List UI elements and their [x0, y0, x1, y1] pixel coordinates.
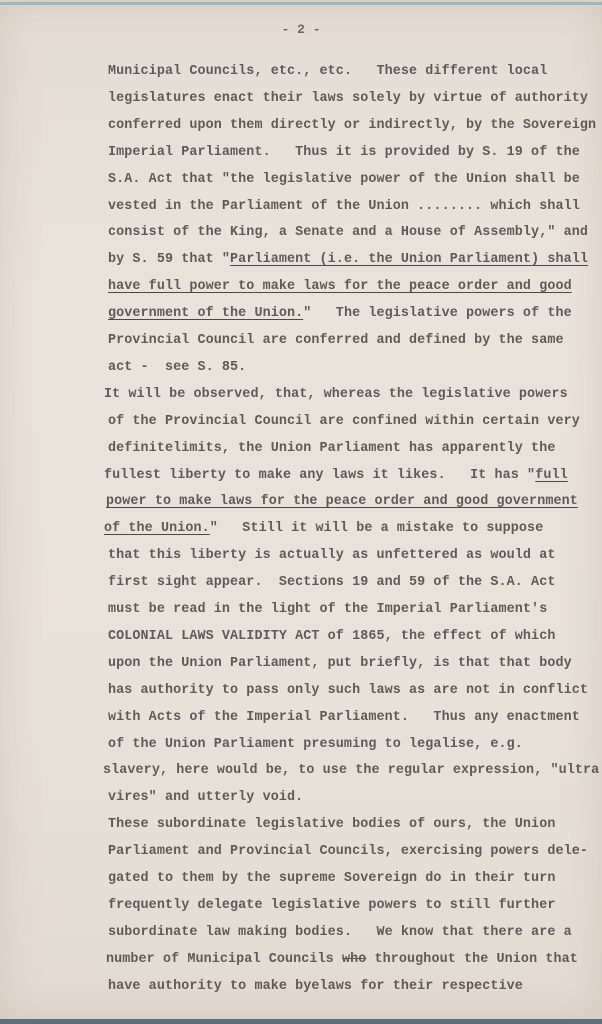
line-text: Provincial Council are conferred and def…: [108, 333, 564, 348]
line-text: legislatures enact their laws solely by …: [108, 91, 588, 106]
line-text: that this liberty is actually as unfette…: [108, 548, 555, 563]
line-text: vires" and utterly void.: [108, 790, 303, 805]
line-text: have authority to make byelaws for their…: [108, 979, 523, 994]
line-text: slavery, here would be, to use the regul…: [103, 763, 599, 778]
text-line: It will be observed, that, whereas the l…: [104, 387, 568, 402]
line-text: frequently delegate legislative powers t…: [108, 898, 555, 913]
line-text: must be read in the light of the Imperia…: [108, 602, 547, 617]
text-line: frequently delegate legislative powers t…: [108, 898, 555, 913]
text-line: upon the Union Parliament, put briefly, …: [108, 656, 572, 671]
text-line: that this liberty is actually as unfette…: [108, 548, 555, 563]
line-text: upon the Union Parliament, put briefly, …: [108, 656, 572, 671]
underlined-quote: Parliament (i.e. the Union Parliament) s…: [230, 252, 588, 267]
text-line: number of Municipal Councils who through…: [106, 952, 578, 967]
line-text: " The legislative powers of the: [303, 306, 571, 321]
line-text: throughout the Union that: [366, 952, 578, 967]
text-line: power to make laws for the peace order a…: [106, 494, 578, 509]
line-text: These subordinate legislative bodies of …: [108, 817, 555, 832]
text-line: consist of the King, a Senate and a Hous…: [108, 225, 588, 240]
text-line: of the Union Parliament presuming to leg…: [108, 737, 523, 752]
line-text: " Still it will be a mistake to suppose: [210, 521, 544, 536]
underlined-quote: government of the Union.: [108, 306, 303, 321]
text-line: Parliament and Provincial Councils, exer…: [108, 844, 588, 859]
typewritten-page: - 2 - Municipal Councils, etc., etc. The…: [0, 2, 602, 1019]
line-text: Municipal Councils, etc., etc. These dif…: [108, 64, 547, 79]
text-line: subordinate law making bodies. We know t…: [108, 925, 572, 940]
line-text: subordinate law making bodies. We know t…: [108, 925, 572, 940]
line-text: by S. 59 that ": [108, 252, 230, 267]
line-text: Imperial Parliament. Thus it is provided…: [108, 145, 580, 160]
text-line: definitelimits, the Union Parliament has…: [108, 441, 555, 456]
text-line: gated to them by the supreme Sovereign d…: [108, 871, 555, 886]
underlined-quote: full: [535, 468, 568, 483]
text-line: legislatures enact their laws solely by …: [108, 91, 588, 106]
text-line: first sight appear. Sections 19 and 59 o…: [108, 575, 555, 590]
text-line: conferred upon them directly or indirect…: [108, 118, 596, 133]
scan-bottom-edge: [0, 1019, 602, 1024]
text-line: of the Union." Still it will be a mistak…: [104, 521, 543, 536]
underlined-quote: of the Union.: [104, 521, 210, 536]
text-line: S.A. Act that "the legislative power of …: [108, 172, 580, 187]
line-text: gated to them by the supreme Sovereign d…: [108, 871, 555, 886]
text-line: must be read in the light of the Imperia…: [108, 602, 547, 617]
underlined-quote: power to make laws for the peace order a…: [106, 494, 578, 509]
line-text: first sight appear. Sections 19 and 59 o…: [108, 575, 555, 590]
line-text: S.A. Act that "the legislative power of …: [108, 172, 580, 187]
text-line: slavery, here would be, to use the regul…: [103, 763, 599, 778]
page-number: - 2 -: [0, 22, 602, 37]
text-line: Imperial Parliament. Thus it is provided…: [108, 145, 580, 160]
line-text: number of Municipal Councils: [106, 952, 342, 967]
line-text: vested in the Parliament of the Union ..…: [108, 199, 580, 214]
text-line: with Acts of the Imperial Parliament. Th…: [108, 710, 580, 725]
text-line: vested in the Parliament of the Union ..…: [108, 199, 580, 214]
line-text: of the Union Parliament presuming to leg…: [108, 737, 523, 752]
line-text: definitelimits, the Union Parliament has…: [108, 441, 555, 456]
text-line: government of the Union." The legislativ…: [108, 306, 572, 321]
underlined-quote: have full power to make laws for the pea…: [108, 279, 572, 294]
text-line: have authority to make byelaws for their…: [108, 979, 523, 994]
text-line: has authority to pass only such laws as …: [108, 683, 588, 698]
text-line: vires" and utterly void.: [108, 790, 303, 805]
text-line: COLONIAL LAWS VALIDITY ACT of 1865, the …: [108, 629, 555, 644]
scan-top-edge: [0, 2, 602, 5]
line-text: Parliament and Provincial Councils, exer…: [108, 844, 588, 859]
text-line: by S. 59 that "Parliament (i.e. the Unio…: [108, 252, 588, 267]
text-line: of the Provincial Council are confined w…: [108, 414, 580, 429]
line-text: fullest liberty to make any laws it like…: [104, 468, 535, 483]
line-text: with Acts of the Imperial Parliament. Th…: [108, 710, 580, 725]
line-text: act - see S. 85.: [108, 360, 246, 375]
text-line: Municipal Councils, etc., etc. These dif…: [108, 64, 547, 79]
line-text: conferred upon them directly or indirect…: [108, 118, 596, 133]
text-line: have full power to make laws for the pea…: [108, 279, 572, 294]
line-text: consist of the King, a Senate and a Hous…: [108, 225, 588, 240]
struck-word: who: [342, 952, 366, 967]
text-line: These subordinate legislative bodies of …: [108, 817, 555, 832]
line-text: COLONIAL LAWS VALIDITY ACT of 1865, the …: [108, 629, 555, 644]
line-text: It will be observed, that, whereas the l…: [104, 387, 568, 402]
line-text: of the Provincial Council are confined w…: [108, 414, 580, 429]
line-text: has authority to pass only such laws as …: [108, 683, 588, 698]
text-line: act - see S. 85.: [108, 360, 246, 375]
text-line: fullest liberty to make any laws it like…: [104, 468, 568, 483]
text-line: Provincial Council are conferred and def…: [108, 333, 564, 348]
